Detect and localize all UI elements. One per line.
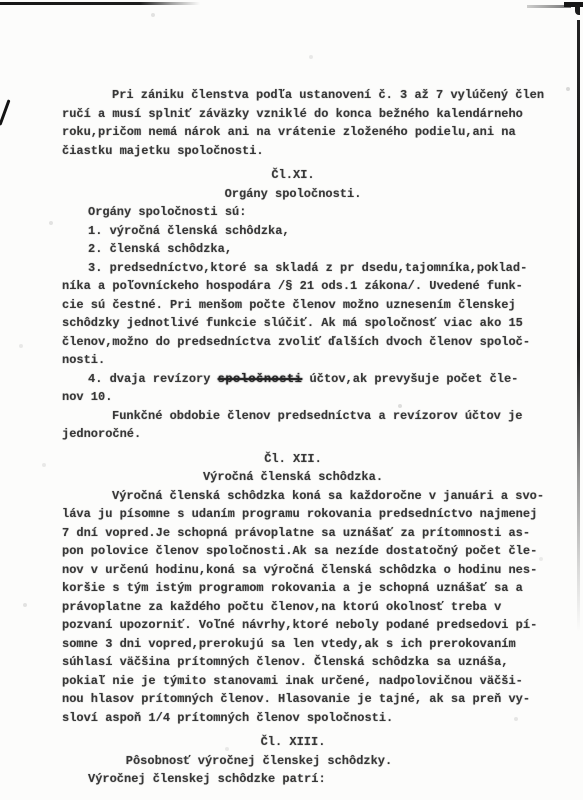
article-title: Pôsobnosť výročnej členskej schôdzky. [28, 752, 490, 771]
scanned-document-page: Pri zániku členstva podľa ustanovení č. … [0, 0, 583, 800]
list-item-with-strikethrough: 4. dvaja revízory spoločnosti účtov,ak p… [62, 370, 524, 389]
scan-right-fold-line [577, 20, 580, 632]
text-line: súhlasí väčšina prítomných členov. Člens… [62, 653, 524, 672]
text-line: Výročnej členskej schôdzke patrí: [62, 770, 524, 789]
text-line: Výročná členská schôdzka koná sa každoro… [62, 487, 524, 506]
text-line: schôdzky jednotlivé funkcie slúčiť. Ak m… [62, 314, 524, 333]
article-number: Čl.XI. [62, 166, 524, 185]
article-number: Čl. XIII. [62, 733, 524, 752]
text-line: koršie s tým istým programom rokovania a… [62, 579, 524, 598]
text-line: nov v určenú hodinu,koná sa výročná člen… [62, 561, 524, 580]
text-segment: 4. dvaja revízory [88, 372, 218, 386]
text-line: láva ju písomne s udaním programu rokova… [62, 505, 524, 524]
text-line: nosti. [62, 351, 524, 370]
text-line: nov 10. [62, 388, 524, 407]
list-item: 2. členská schôdzka, [62, 240, 524, 259]
article-number: Čl. XII. [62, 450, 524, 469]
text-line: pokiaľ nie je týmito stanovami inak urče… [62, 672, 524, 691]
text-line: čiastku majetku spoločnosti. [62, 142, 524, 161]
article-title: Orgány spoločnosti. [62, 185, 524, 204]
document-text-block: Pri zániku členstva podľa ustanovení č. … [62, 86, 524, 789]
text-line: Pri zániku členstva podľa ustanovení č. … [62, 86, 524, 105]
text-line: somne 3 dni vopred,prerokujú sa len vted… [62, 635, 524, 654]
article-title: Výročná členská schôdzka. [62, 468, 524, 487]
text-line: členov,možno do predsedníctva zvoliť ďal… [62, 333, 524, 352]
text-line: pon polovice členov spoločnosti.Ak sa ne… [62, 542, 524, 561]
text-line: sloví aspoň 1/4 prítomných členov spoloč… [62, 709, 524, 728]
struck-through-word: spoločnosti [218, 372, 303, 386]
text-line: Funkčné obdobie členov predsedníctva a r… [62, 407, 524, 426]
text-line: právoplatne za každého počtu členov,na k… [62, 598, 524, 617]
text-line: ručí a musí splniť záväzky vzniklé do ko… [62, 105, 524, 124]
list-item: 1. výročná členská schôdzka, [62, 222, 524, 241]
text-line: 7 dní vopred.Je schopná právoplatne sa u… [62, 524, 524, 543]
text-line: pozvaní upozorniť. Voľné návrhy,ktoré ne… [62, 616, 524, 635]
list-item: 3. predsedníctvo,ktoré sa skladá z pr ds… [62, 259, 524, 278]
text-line: Orgány spoločnosti sú: [62, 203, 524, 222]
text-line: nou hlasov prítomných členov. Hlasovanie… [62, 690, 524, 709]
text-segment: účtov,ak prevyšuje počet čle- [302, 372, 518, 386]
scan-edge-top-line [0, 2, 200, 5]
text-line: jednoročné. [62, 425, 524, 444]
text-line: roku,pričom nemá nárok ani na vrátenie z… [62, 123, 524, 142]
text-line: níka a poľovníckeho hospodára /§ 21 ods.… [62, 277, 524, 296]
scan-top-right-corner-hook [575, 5, 580, 15]
handwritten-slash-mark [0, 99, 11, 125]
scan-top-right-corner-mark [564, 2, 583, 7]
text-line: cie sú čestné. Pri menšom počte členov m… [62, 296, 524, 315]
